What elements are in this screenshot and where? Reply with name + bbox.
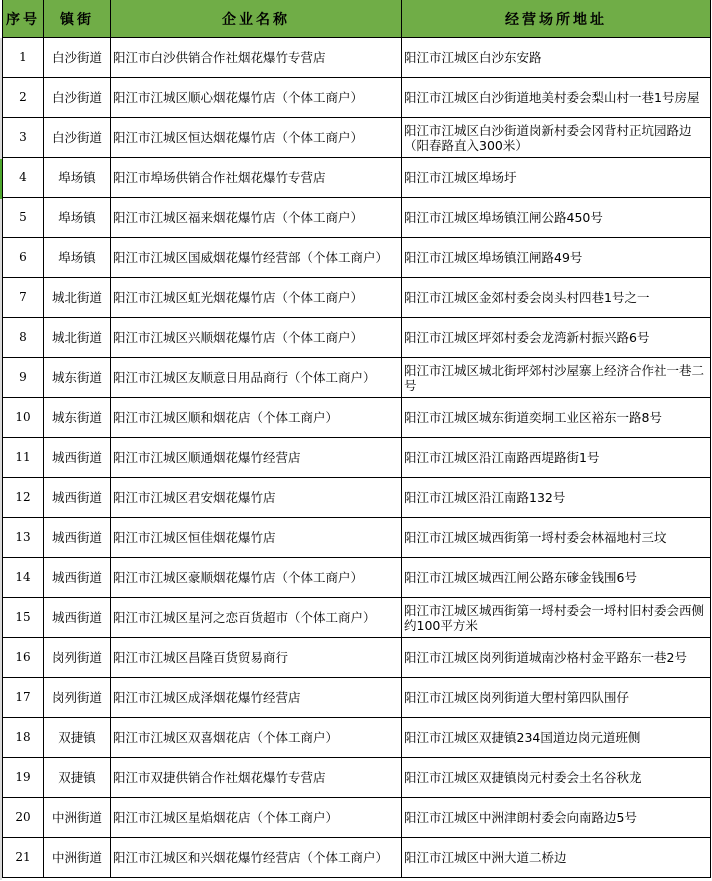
cell-company-name[interactable]: 阳江市江城区友顺意日用品商行（个体工商户） <box>111 358 402 398</box>
cell-address[interactable]: 阳江市江城区城西江闸公路东䃎金钱围6号 <box>402 558 711 598</box>
cell-address[interactable]: 阳江市江城区中洲津朗村委会向南路边5号 <box>402 798 711 838</box>
table-row: 12 城西街道 阳江市江城区君安烟花爆竹店 阳江市江城区沿江南路132号 <box>3 478 711 518</box>
cell-no[interactable]: 19 <box>3 758 44 798</box>
cell-no[interactable]: 1 <box>3 38 44 78</box>
table-row: 5 埠场镇 阳江市江城区福来烟花爆竹店（个体工商户） 阳江市江城区埠场镇江闸公路… <box>3 198 711 238</box>
cell-town[interactable]: 白沙街道 <box>44 118 111 158</box>
cell-company-name[interactable]: 阳江市江城区兴顺烟花爆竹店（个体工商户） <box>111 318 402 358</box>
cell-company-name[interactable]: 阳江市江城区福来烟花爆竹店（个体工商户） <box>111 198 402 238</box>
cell-company-name[interactable]: 阳江市双捷供销合作社烟花爆竹专营店 <box>111 758 402 798</box>
cell-town[interactable]: 白沙街道 <box>44 78 111 118</box>
column-header-address[interactable]: 经营场所地址 <box>402 0 711 38</box>
cell-no[interactable]: 8 <box>3 318 44 358</box>
cell-no[interactable]: 2 <box>3 78 44 118</box>
cell-no[interactable]: 17 <box>3 678 44 718</box>
column-header-company[interactable]: 企业名称 <box>111 0 402 38</box>
cell-address[interactable]: 阳江市江城区沿江南路西堤路街1号 <box>402 438 711 478</box>
table-row: 7 城北街道 阳江市江城区虹光烟花爆竹店（个体工商户） 阳江市江城区金郊村委会岗… <box>3 278 711 318</box>
cell-town[interactable]: 城东街道 <box>44 358 111 398</box>
cell-town[interactable]: 中洲街道 <box>44 798 111 838</box>
cell-address[interactable]: 阳江市江城区沿江南路132号 <box>402 478 711 518</box>
cell-address[interactable]: 阳江市江城区中洲大道二桥边 <box>402 838 711 878</box>
cell-company-name[interactable]: 阳江市埠场供销合作社烟花爆竹专营店 <box>111 158 402 198</box>
table-row: 15 城西街道 阳江市江城区星河之恋百货超市（个体工商户） 阳江市江城区城西街第… <box>3 598 711 638</box>
cell-company-name[interactable]: 阳江市江城区国威烟花爆竹经营部（个体工商户） <box>111 238 402 278</box>
cell-no[interactable]: 14 <box>3 558 44 598</box>
cell-no[interactable]: 21 <box>3 838 44 878</box>
table-row: 19 双捷镇 阳江市双捷供销合作社烟花爆竹专营店 阳江市江城区双捷镇岗元村委会土… <box>3 758 711 798</box>
cell-town[interactable]: 埠场镇 <box>44 158 111 198</box>
cell-no[interactable]: 6 <box>3 238 44 278</box>
cell-company-name[interactable]: 阳江市江城区双喜烟花店（个体工商户） <box>111 718 402 758</box>
cell-address[interactable]: 阳江市江城区埠场圩 <box>402 158 711 198</box>
cell-company-name[interactable]: 阳江市江城区豪顺烟花爆竹店（个体工商户） <box>111 558 402 598</box>
cell-address[interactable]: 阳江市江城区城西街第一埒村委会一埒村旧村委会西侧约100平方米 <box>402 598 711 638</box>
cell-address[interactable]: 阳江市江城区坪郊村委会龙湾新村振兴路6号 <box>402 318 711 358</box>
cell-no[interactable]: 4 <box>3 158 44 198</box>
cell-town[interactable]: 城西街道 <box>44 438 111 478</box>
cell-no[interactable]: 15 <box>3 598 44 638</box>
cell-company-name[interactable]: 阳江市江城区星焰烟花店（个体工商户） <box>111 798 402 838</box>
cell-company-name[interactable]: 阳江市江城区顺和烟花店（个体工商户） <box>111 398 402 438</box>
table-row: 4 埠场镇 阳江市埠场供销合作社烟花爆竹专营店 阳江市江城区埠场圩 <box>3 158 711 198</box>
cell-no[interactable]: 5 <box>3 198 44 238</box>
cell-address[interactable]: 阳江市江城区双捷镇234国道边岗元道班侧 <box>402 718 711 758</box>
cell-no[interactable]: 12 <box>3 478 44 518</box>
cell-company-name[interactable]: 阳江市江城区星河之恋百货超市（个体工商户） <box>111 598 402 638</box>
table-row: 10 城东街道 阳江市江城区顺和烟花店（个体工商户） 阳江市江城区城东街道奕垌工… <box>3 398 711 438</box>
table-row: 8 城北街道 阳江市江城区兴顺烟花爆竹店（个体工商户） 阳江市江城区坪郊村委会龙… <box>3 318 711 358</box>
cell-town[interactable]: 中洲街道 <box>44 838 111 878</box>
cell-company-name[interactable]: 阳江市江城区君安烟花爆竹店 <box>111 478 402 518</box>
cell-town[interactable]: 埠场镇 <box>44 238 111 278</box>
cell-no[interactable]: 9 <box>3 358 44 398</box>
table-row: 3 白沙街道 阳江市江城区恒达烟花爆竹店（个体工商户） 阳江市江城区白沙街道岗新… <box>3 118 711 158</box>
table-row: 13 城西街道 阳江市江城区恒佳烟花爆竹店 阳江市江城区城西街第一埒村委会林福地… <box>3 518 711 558</box>
cell-address[interactable]: 阳江市江城区埠场镇江闸公路450号 <box>402 198 711 238</box>
cell-address[interactable]: 阳江市江城区城东街道奕垌工业区裕东一路8号 <box>402 398 711 438</box>
cell-no[interactable]: 10 <box>3 398 44 438</box>
spreadsheet-sheet: 序号 镇街 企业名称 经营场所地址 1 白沙街道 阳江市白沙供销合作社烟花爆竹专… <box>0 0 712 881</box>
cell-no[interactable]: 11 <box>3 438 44 478</box>
table-body: 1 白沙街道 阳江市白沙供销合作社烟花爆竹专营店 阳江市江城区白沙东安路 2 白… <box>3 38 711 878</box>
cell-address[interactable]: 阳江市江城区城北街坪郊村沙屋寨上经济合作社一巷二号 <box>402 358 711 398</box>
cell-town[interactable]: 岗列街道 <box>44 638 111 678</box>
table-row: 2 白沙街道 阳江市江城区顺心烟花爆竹店（个体工商户） 阳江市江城区白沙街道地美… <box>3 78 711 118</box>
cell-company-name[interactable]: 阳江市江城区和兴烟花爆竹经营店（个体工商户） <box>111 838 402 878</box>
table-row: 18 双捷镇 阳江市江城区双喜烟花店（个体工商户） 阳江市江城区双捷镇234国道… <box>3 718 711 758</box>
cell-town[interactable]: 城西街道 <box>44 558 111 598</box>
cell-town[interactable]: 城北街道 <box>44 278 111 318</box>
cell-company-name[interactable]: 阳江市江城区昌隆百货贸易商行 <box>111 638 402 678</box>
cell-address[interactable]: 阳江市江城区岗列街道城南沙格村金平路东一巷2号 <box>402 638 711 678</box>
cell-address[interactable]: 阳江市江城区埠场镇江闸路49号 <box>402 238 711 278</box>
table-row: 9 城东街道 阳江市江城区友顺意日用品商行（个体工商户） 阳江市江城区城北街坪郊… <box>3 358 711 398</box>
cell-town[interactable]: 埠场镇 <box>44 198 111 238</box>
header-row: 序号 镇街 企业名称 经营场所地址 <box>3 0 711 38</box>
cell-address[interactable]: 阳江市江城区白沙街道地美村委会梨山村一巷1号房屋 <box>402 78 711 118</box>
cell-address[interactable]: 阳江市江城区城西街第一埒村委会林福地村三坟 <box>402 518 711 558</box>
cell-company-name[interactable]: 阳江市江城区恒佳烟花爆竹店 <box>111 518 402 558</box>
cell-town[interactable]: 城西街道 <box>44 518 111 558</box>
table-row: 17 岗列街道 阳江市江城区成泽烟花爆竹经营店 阳江市江城区岗列街道大塱村第四队… <box>3 678 711 718</box>
cell-address[interactable]: 阳江市江城区白沙街道岗新村委会冈背村正坑园路边（阳春路直入300米） <box>402 118 711 158</box>
firework-shop-table: 序号 镇街 企业名称 经营场所地址 1 白沙街道 阳江市白沙供销合作社烟花爆竹专… <box>2 0 711 878</box>
table-row: 16 岗列街道 阳江市江城区昌隆百货贸易商行 阳江市江城区岗列街道城南沙格村金平… <box>3 638 711 678</box>
cell-town[interactable]: 岗列街道 <box>44 678 111 718</box>
table-row: 20 中洲街道 阳江市江城区星焰烟花店（个体工商户） 阳江市江城区中洲津朗村委会… <box>3 798 711 838</box>
cell-company-name[interactable]: 阳江市江城区恒达烟花爆竹店（个体工商户） <box>111 118 402 158</box>
cell-company-name[interactable]: 阳江市江城区成泽烟花爆竹经营店 <box>111 678 402 718</box>
table-row: 6 埠场镇 阳江市江城区国威烟花爆竹经营部（个体工商户） 阳江市江城区埠场镇江闸… <box>3 238 711 278</box>
cell-town[interactable]: 双捷镇 <box>44 718 111 758</box>
cell-town[interactable]: 白沙街道 <box>44 38 111 78</box>
cell-no[interactable]: 13 <box>3 518 44 558</box>
cell-address[interactable]: 阳江市江城区白沙东安路 <box>402 38 711 78</box>
cell-address[interactable]: 阳江市江城区金郊村委会岗头村四巷1号之一 <box>402 278 711 318</box>
cell-company-name[interactable]: 阳江市江城区顺通烟花爆竹经营店 <box>111 438 402 478</box>
cell-town[interactable]: 城西街道 <box>44 478 111 518</box>
cell-town[interactable]: 城北街道 <box>44 318 111 358</box>
table-row: 14 城西街道 阳江市江城区豪顺烟花爆竹店（个体工商户） 阳江市江城区城西江闸公… <box>3 558 711 598</box>
cell-no[interactable]: 18 <box>3 718 44 758</box>
cell-address[interactable]: 阳江市江城区岗列街道大塱村第四队围仔 <box>402 678 711 718</box>
cell-town[interactable]: 城西街道 <box>44 598 111 638</box>
cell-no[interactable]: 16 <box>3 638 44 678</box>
cell-company-name[interactable]: 阳江市白沙供销合作社烟花爆竹专营店 <box>111 38 402 78</box>
cell-no[interactable]: 20 <box>3 798 44 838</box>
column-header-town[interactable]: 镇街 <box>44 0 111 38</box>
cell-address[interactable]: 阳江市江城区双捷镇岗元村委会土名谷秋龙 <box>402 758 711 798</box>
cell-company-name[interactable]: 阳江市江城区虹光烟花爆竹店（个体工商户） <box>111 278 402 318</box>
cell-company-name[interactable]: 阳江市江城区顺心烟花爆竹店（个体工商户） <box>111 78 402 118</box>
cell-town[interactable]: 城东街道 <box>44 398 111 438</box>
cell-town[interactable]: 双捷镇 <box>44 758 111 798</box>
table-row: 11 城西街道 阳江市江城区顺通烟花爆竹经营店 阳江市江城区沿江南路西堤路街1号 <box>3 438 711 478</box>
table-row: 1 白沙街道 阳江市白沙供销合作社烟花爆竹专营店 阳江市江城区白沙东安路 <box>3 38 711 78</box>
column-header-no[interactable]: 序号 <box>3 0 44 38</box>
cell-no[interactable]: 7 <box>3 278 44 318</box>
cell-no[interactable]: 3 <box>3 118 44 158</box>
table-row: 21 中洲街道 阳江市江城区和兴烟花爆竹经营店（个体工商户） 阳江市江城区中洲大… <box>3 838 711 878</box>
